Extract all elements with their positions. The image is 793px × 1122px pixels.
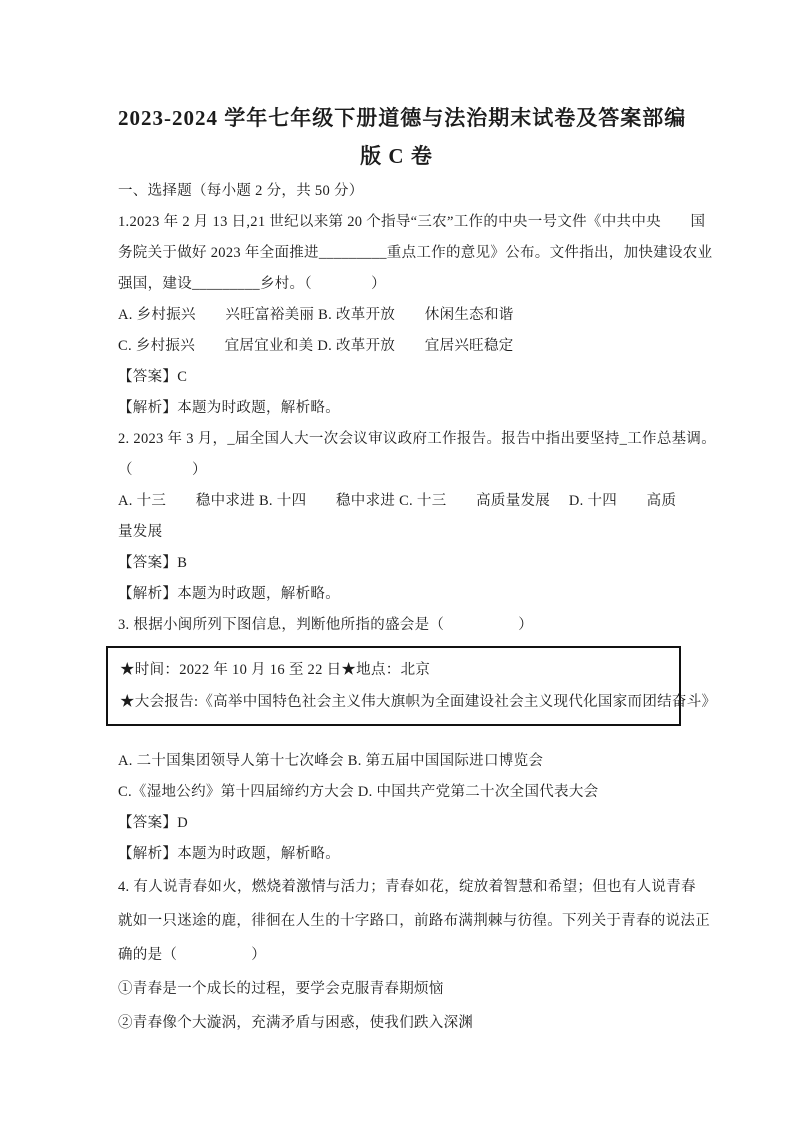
question-4-text-line-3: 确的是（ ） [118, 938, 675, 972]
section-heading: 一、选择题（每小题 2 分，共 50 分） [118, 176, 675, 207]
document-title-line-2: 版 C 卷 [118, 137, 675, 175]
question-3: 3. 根据小闽所列下图信息，判断他所指的盛会是（ ） ★时间：2022 年 10… [118, 610, 675, 870]
question-4-text-line-1: 4. 有人说青春如火，燃烧着激情与活力；青春如花，绽放着智慧和希望；但也有人说青… [118, 870, 675, 904]
question-1-options-line-ab: A. 乡村振兴 兴旺富裕美丽 B. 改革开放 休闲生态和谐 [118, 300, 675, 331]
question-1-text-line-3: 强国，建设_________乡村。（ ） [118, 269, 675, 300]
question-2-options-line-2: 量发展 [118, 517, 675, 548]
question-2-answer: 【答案】B [118, 548, 675, 579]
question-1-text-line-1: 1.2023 年 2 月 13 日,21 世纪以来第 20 个指导“三农”工作的… [118, 207, 675, 238]
question-3-info-box: ★时间：2022 年 10 月 16 至 22 日★地点：北京 ★大会报告:《高… [106, 646, 681, 726]
question-3-text-line-1: 3. 根据小闽所列下图信息，判断他所指的盛会是（ ） [118, 610, 675, 641]
question-3-options-line-ab: A. 二十国集团领导人第十七次峰会 B. 第五届中国国际进口博览会 [118, 746, 675, 777]
question-4-text-line-2: 就如一只迷途的鹿，徘徊在人生的十字路口，前路布满荆棘与彷徨。下列关于青春的说法正 [118, 904, 675, 938]
question-4-statement-1: ①青春是一个成长的过程，要学会克服青春期烦恼 [118, 972, 675, 1006]
document-page: 2023-2024 学年七年级下册道德与法治期末试卷及答案部编 版 C 卷 一、… [0, 0, 793, 1122]
question-2-text-line-2: （ ） [118, 455, 675, 486]
document-title: 2023-2024 学年七年级下册道德与法治期末试卷及答案部编 版 C 卷 [118, 99, 675, 175]
info-box-line-1: ★时间：2022 年 10 月 16 至 22 日★地点：北京 [120, 654, 667, 686]
question-3-answer: 【答案】D [118, 808, 675, 839]
question-3-options-line-cd: C.《湿地公约》第十四届缔约方大会 D. 中国共产党第二十次全国代表大会 [118, 777, 675, 808]
document-content: 2023-2024 学年七年级下册道德与法治期末试卷及答案部编 版 C 卷 一、… [118, 99, 675, 1040]
question-1-answer: 【答案】C [118, 362, 675, 393]
question-3-analysis: 【解析】本题为时政题，解析略。 [118, 839, 675, 870]
question-2-options-line-1: A. 十三 稳中求进 B. 十四 稳中求进 C. 十三 高质量发展 D. 十四 … [118, 486, 675, 517]
question-4: 4. 有人说青春如火，燃烧着激情与活力；青春如花，绽放着智慧和希望；但也有人说青… [118, 870, 675, 1040]
question-2-text-line-1: 2. 2023 年 3 月，_届全国人大一次会议审议政府工作报告。报告中指出要坚… [118, 424, 675, 455]
document-title-line-1: 2023-2024 学年七年级下册道德与法治期末试卷及答案部编 [118, 99, 675, 137]
question-4-statement-2: ②青春像个大漩涡，充满矛盾与困惑，使我们跌入深渊 [118, 1006, 675, 1040]
question-1-analysis: 【解析】本题为时政题，解析略。 [118, 393, 675, 424]
question-2: 2. 2023 年 3 月，_届全国人大一次会议审议政府工作报告。报告中指出要坚… [118, 424, 675, 610]
question-1-text-line-2: 务院关于做好 2023 年全面推进_________重点工作的意见》公布。文件指… [118, 238, 675, 269]
info-box-line-2: ★大会报告:《高举中国特色社会主义伟大旗帜为全面建设社会主义现代化国家而团结奋斗… [120, 686, 667, 718]
question-2-analysis: 【解析】本题为时政题，解析略。 [118, 579, 675, 610]
question-1: 1.2023 年 2 月 13 日,21 世纪以来第 20 个指导“三农”工作的… [118, 207, 675, 424]
question-1-options-line-cd: C. 乡村振兴 宜居宜业和美 D. 改革开放 宜居兴旺稳定 [118, 331, 675, 362]
